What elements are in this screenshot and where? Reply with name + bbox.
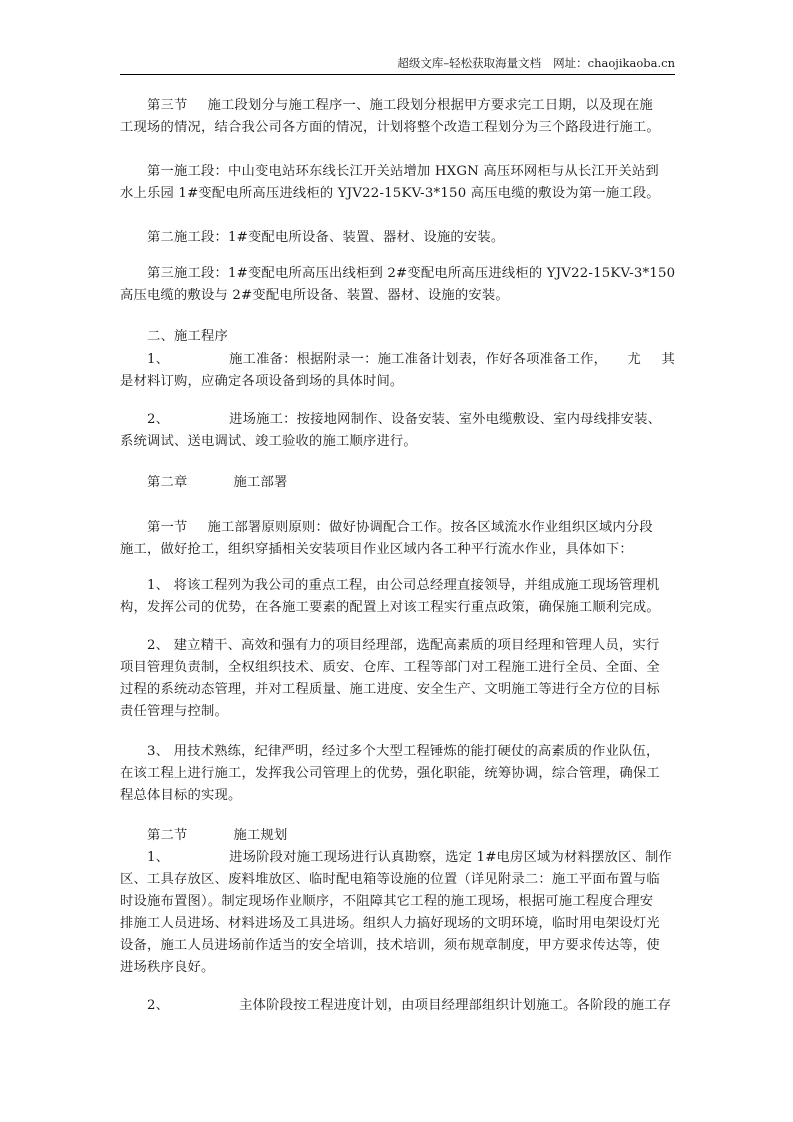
paragraph-line: 施工，做好抢工，组织穿插相关安装项目作业区域内各工种平行流水作业，具体如下： [120,540,675,560]
list-heading: 二、施工程序 [120,327,675,347]
paragraph-line: 系统调试、送电调试、竣工验收的施工顺序进行。 [120,432,675,452]
section-heading: 第二节施工规划 [120,826,675,846]
paragraph-line: 工现场的情况，结合我公司各方面的情况，计划将整个改造工程划分为三个路段进行施工。 [120,118,675,138]
paragraph-line: 第三节施工段划分与施工程序一、施工段划分根据甲方要求完工日期，以及现在施 [120,96,675,116]
paragraph-line: 3、 用技术熟练，纪律严明，经过多个大型工程锤炼的能打硬仗的高素质的作业队伍， [120,742,675,762]
paragraph-line: 过程的系统动态管理，并对工程质量、施工进度、安全生产、文明施工等进行全方位的目标 [120,680,675,700]
paragraph-line: 构，发挥公司的优势，在各施工要素的配置上对该工程实行重点政策，确保施工顺利完成。 [120,598,675,618]
paragraph-line: 排施工人员进场、材料进场及工具进场。组织人力搞好现场的文明环境，临时用电架设灯光 [120,914,675,934]
paragraph-line: 时设施布置图）。制定现场作业顺序，不阻障其它工程的施工现场，根据可施工程度合理安 [120,892,675,912]
paragraph-line: 1、施工准备：根据附录一：施工准备计划表，作好各项准备工作， 尤 其 [120,350,675,370]
paragraph-line: 第二施工段：1#变配电所设备、装置、器材、设施的安装。 [120,228,675,248]
paragraph-line: 第三施工段：1#变配电所高压出线柜到 2#变配电所高压进线柜的 YJV22-15… [120,264,675,284]
paragraph-line: 1、进场阶段对施工现场进行认真勘察，选定 1#电房区域为材料摆放区、制作 [120,848,675,868]
paragraph-line: 第一施工段：中山变电站环东线长江开关站增加 HXGN 高压环网柜与从长江开关站到 [120,162,675,182]
paragraph-line: 进场秩序良好。 [120,958,675,978]
section-heading: 第三节 [147,96,188,116]
header-url: 网址：chaojikaoba.cn [553,56,675,70]
chapter-heading: 第二章施工部署 [120,473,675,493]
paragraph-line: 第一节施工部署原则原则：做好协调配合工作。按各区域流水作业组织区域内分段 [120,518,675,538]
paragraph-line: 设备，施工人员进场前作适当的安全培训，技术培训，须布规章制度，甲方要求传达等，使 [120,936,675,956]
paragraph-line: 2、主体阶段按工程进度计划，由项目经理部组织计划施工。各阶段的施工存 [120,996,675,1016]
paragraph-line: 水上乐园 1#变配电所高压进线柜的 YJV22-15KV-3*150 高压电缆的… [120,184,675,204]
header-site-name: 超级文库–轻松获取海量文档 [397,56,541,70]
paragraph-line: 2、 建立精干、高效和强有力的项目经理部，选配高素质的项目经理和管理人员，实行 [120,636,675,656]
paragraph-line: 项目管理负责制，全权组织技术、质安、仓库、工程等部门对工程施工进行全员、全面、全 [120,658,675,678]
page-header: 超级文库–轻松获取海量文档网址：chaojikaoba.cn [120,54,675,75]
paragraph-line: 1、 将该工程列为我公司的重点工程，由公司总经理直接领导，并组成施工现场管理机 [120,576,675,596]
paragraph-line: 责任管理与控制。 [120,702,675,722]
paragraph-line: 高压电缆的敷设与 2#变配电所设备、装置、器材、设施的安装。 [120,286,675,306]
paragraph-line: 2、进场施工：按接地网制作、设备安装、室外电缆敷设、室内母线排安装、 [120,410,675,430]
paragraph-line: 是材料订购，应确定各项设备到场的具体时间。 [120,372,675,392]
paragraph-line: 程总体目标的实现。 [120,786,675,806]
paragraph-line: 区、工具存放区、废料堆放区、临时配电箱等设施的位置（详见附录二：施工平面布置与临 [120,870,675,890]
paragraph-line: 在该工程上进行施工，发挥我公司管理上的优势，强化职能，统筹协调，综合管理，确保工 [120,764,675,784]
